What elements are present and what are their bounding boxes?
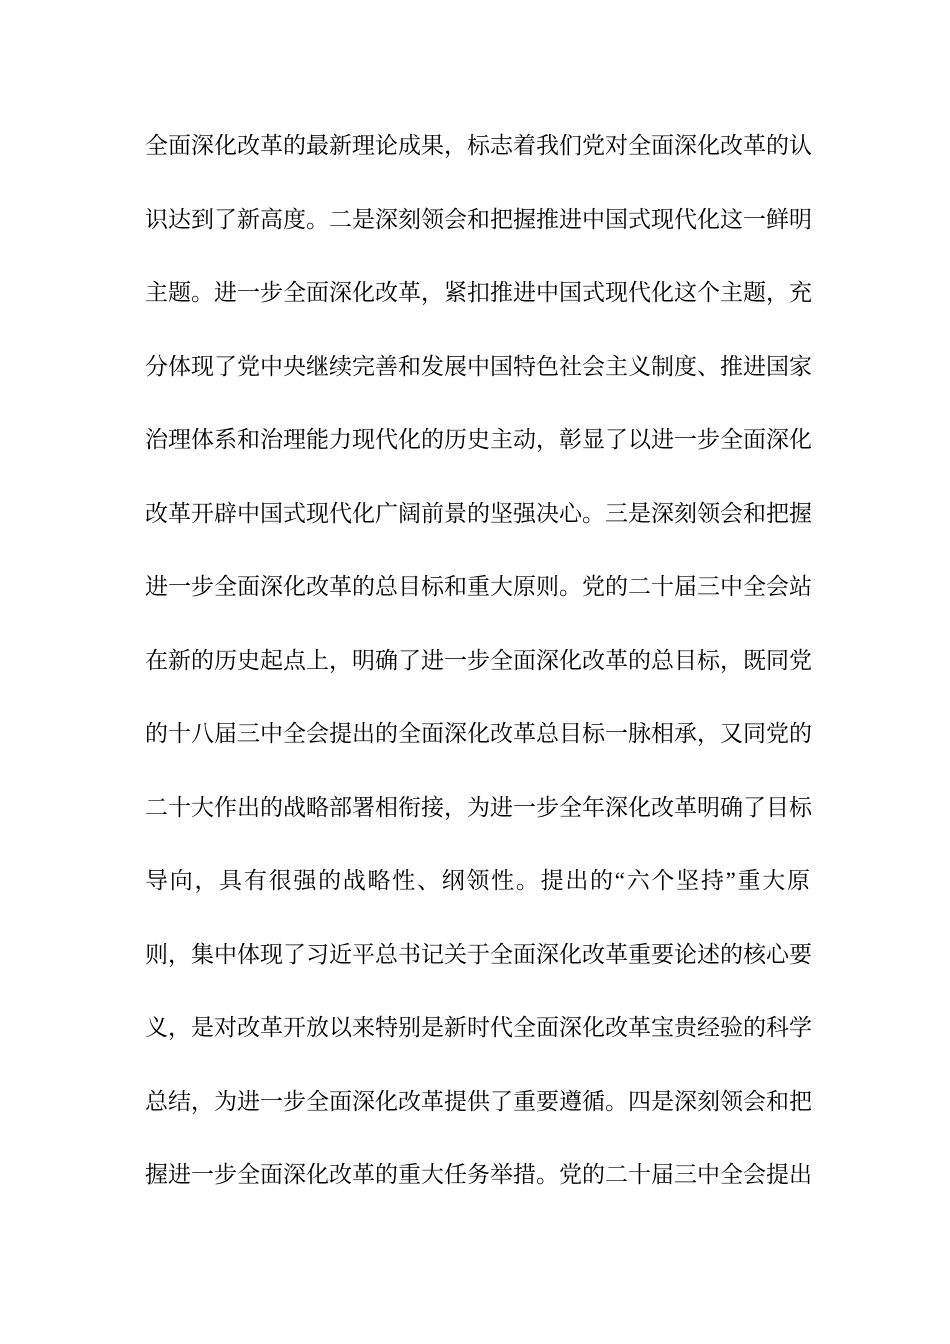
text-line: 全面深化改革的最新理论成果，标志着我们党对全面深化改革的认: [145, 109, 810, 183]
text-line: 则，集中体现了习近平总书记关于全面深化改革重要论述的核心要: [145, 918, 810, 992]
document-page: 全面深化改革的最新理论成果，标志着我们党对全面深化改革的认 识达到了新高度。二是…: [0, 0, 950, 1344]
text-line: 在新的历史起点上，明确了进一步全面深化改革的总目标，既同党: [145, 624, 810, 698]
text-line: 握进一步全面深化改革的重大任务举措。党的二十届三中全会提出: [145, 1138, 810, 1212]
text-line: 改革开辟中国式现代化广阔前景的坚强决心。三是深刻领会和把握: [145, 477, 810, 551]
text-line: 主题。进一步全面深化改革，紧扣推进中国式现代化这个主题，充: [145, 256, 810, 330]
text-line: 分体现了党中央继续完善和发展中国特色社会主义制度、推进国家: [145, 330, 810, 404]
paragraph-body: 全面深化改革的最新理论成果，标志着我们党对全面深化改革的认 识达到了新高度。二是…: [145, 109, 810, 1212]
text-line: 导向，具有很强的战略性、纲领性。提出的“六个坚持”重大原: [145, 844, 810, 918]
text-line: 总结，为进一步全面深化改革提供了重要遵循。四是深刻领会和把: [145, 1065, 810, 1139]
text-line: 义，是对改革开放以来特别是新时代全面深化改革宝贵经验的科学: [145, 991, 810, 1065]
text-line: 的十八届三中全会提出的全面深化改革总目标一脉相承，又同党的: [145, 697, 810, 771]
text-line: 进一步全面深化改革的总目标和重大原则。党的二十届三中全会站: [145, 550, 810, 624]
text-line: 治理体系和治理能力现代化的历史主动，彰显了以进一步全面深化: [145, 403, 810, 477]
text-line: 二十大作出的战略部署相衔接，为进一步全年深化改革明确了目标: [145, 771, 810, 845]
text-line: 识达到了新高度。二是深刻领会和把握推进中国式现代化这一鲜明: [145, 183, 810, 257]
